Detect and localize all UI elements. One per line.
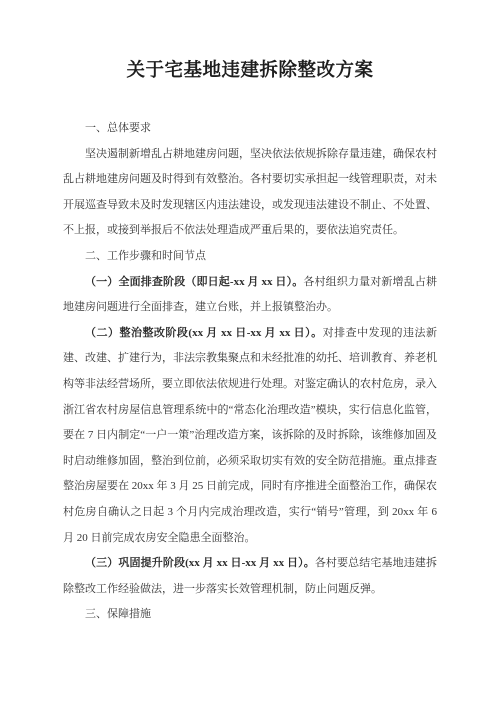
- phase-2-text: 对排查中发现的违法新建、改建、扩建行为，非法宗教集聚点和未经批准的幼托、培训教育…: [63, 327, 437, 544]
- paragraph-overall-requirements: 坚决遏制新增乱占耕地建房问题，坚决依法依规拆除存量违建，确保农村乱占耕地建房问题…: [63, 142, 437, 244]
- document-page: 关于宅基地违建拆除整改方案 一、总体要求 坚决遏制新增乱占耕地建房问题，坚决依法…: [0, 0, 500, 707]
- paragraph-phase-1: （一）全面排查阶段（即日起-xx 月 xx 日）。各村组织力量对新增乱占耕地建房…: [63, 270, 437, 321]
- document-title: 关于宅基地违建拆除整改方案: [63, 55, 437, 85]
- section-heading-safeguard-measures: 三、保障措施: [63, 602, 437, 628]
- phase-2-label: （二）整治整改阶段(xx 月 xx 日-xx 月 xx 日）。: [85, 327, 323, 339]
- section-heading-work-steps: 二、工作步骤和时间节点: [63, 244, 437, 270]
- document-body: 一、总体要求 坚决遏制新增乱占耕地建房问题，坚决依法依规拆除存量违建，确保农村乱…: [63, 116, 437, 628]
- paragraph-phase-3: （三）巩固提升阶段(xx 月 xx 日-xx 月 xx 日）。各村要总结宅基地违…: [63, 551, 437, 602]
- phase-3-label: （三）巩固提升阶段(xx 月 xx 日-xx 月 xx 日）。: [85, 557, 315, 569]
- section-heading-overall-requirements: 一、总体要求: [63, 116, 437, 142]
- paragraph-phase-2: （二）整治整改阶段(xx 月 xx 日-xx 月 xx 日）。对排查中发现的违法…: [63, 321, 437, 551]
- phase-1-label: （一）全面排查阶段（即日起-xx 月 xx 日）。: [85, 276, 303, 288]
